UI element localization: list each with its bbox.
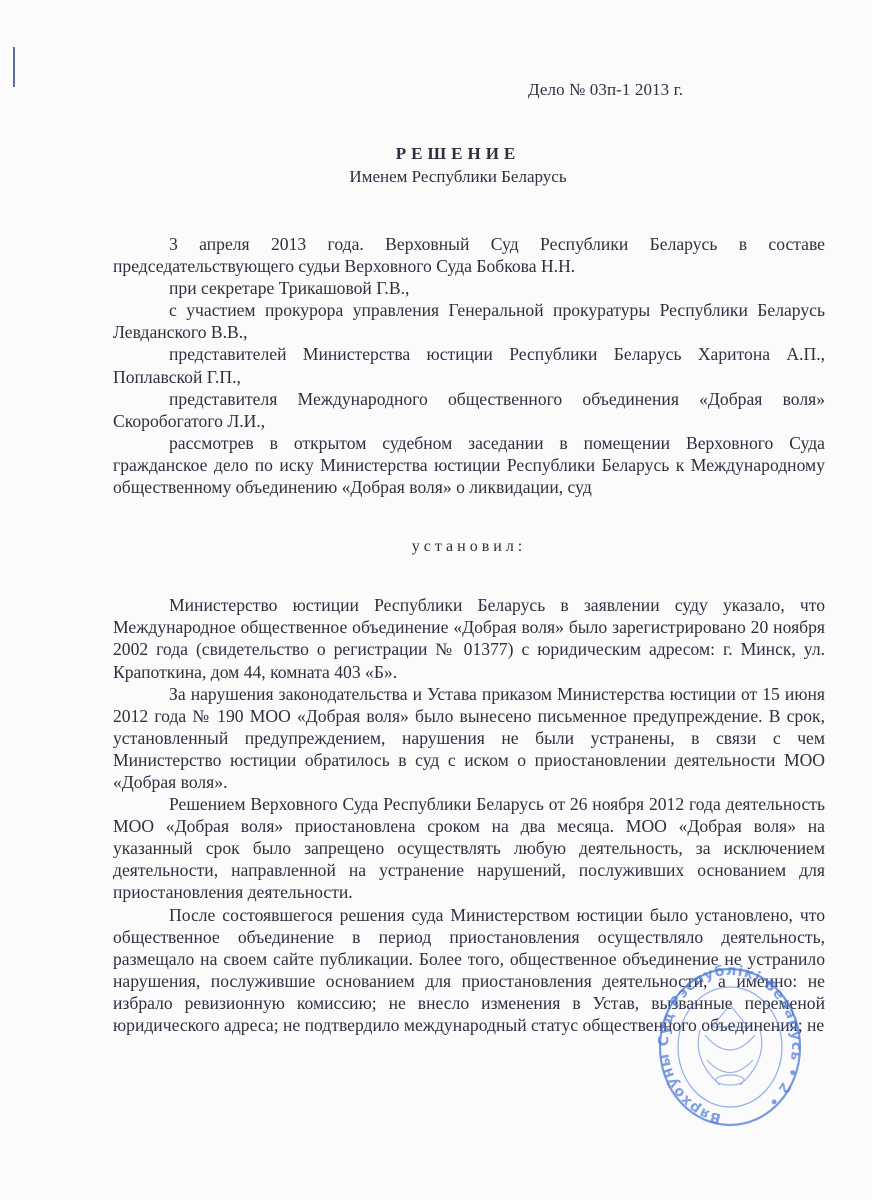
findings-paragraph: После состоявшегося решения суда Министе… [113,904,825,1037]
preamble-paragraph: с участием прокурора управления Генераль… [113,299,825,343]
section-heading: установил: [113,536,825,558]
document-page: Дело № 03п-1 2013 г. РЕШЕНИЕ Именем Респ… [0,0,872,1200]
findings-paragraph: За нарушения законодательства и Устава п… [113,683,825,793]
preamble-paragraph: представителя Международного общественно… [113,388,825,432]
preamble-paragraph: при секретаре Трикашовой Г.В., [113,277,825,299]
preamble-paragraph: рассмотрев в открытом судебном заседании… [113,432,825,498]
margin-mark [13,47,15,87]
document-subtitle: Именем Республики Беларусь [0,167,872,187]
document-body: 3 апреля 2013 года. Верховный Суд Респуб… [113,233,825,1036]
findings-paragraph: Решением Верховного Суда Республики Бела… [113,793,825,903]
case-number: Дело № 03п-1 2013 г. [528,80,683,100]
document-title: РЕШЕНИЕ [0,144,872,164]
preamble-paragraph: представителей Министерства юстиции Респ… [113,343,825,387]
preamble-paragraph: 3 апреля 2013 года. Верховный Суд Респуб… [113,233,825,277]
findings-paragraph: Министерство юстиции Республики Беларусь… [113,594,825,682]
